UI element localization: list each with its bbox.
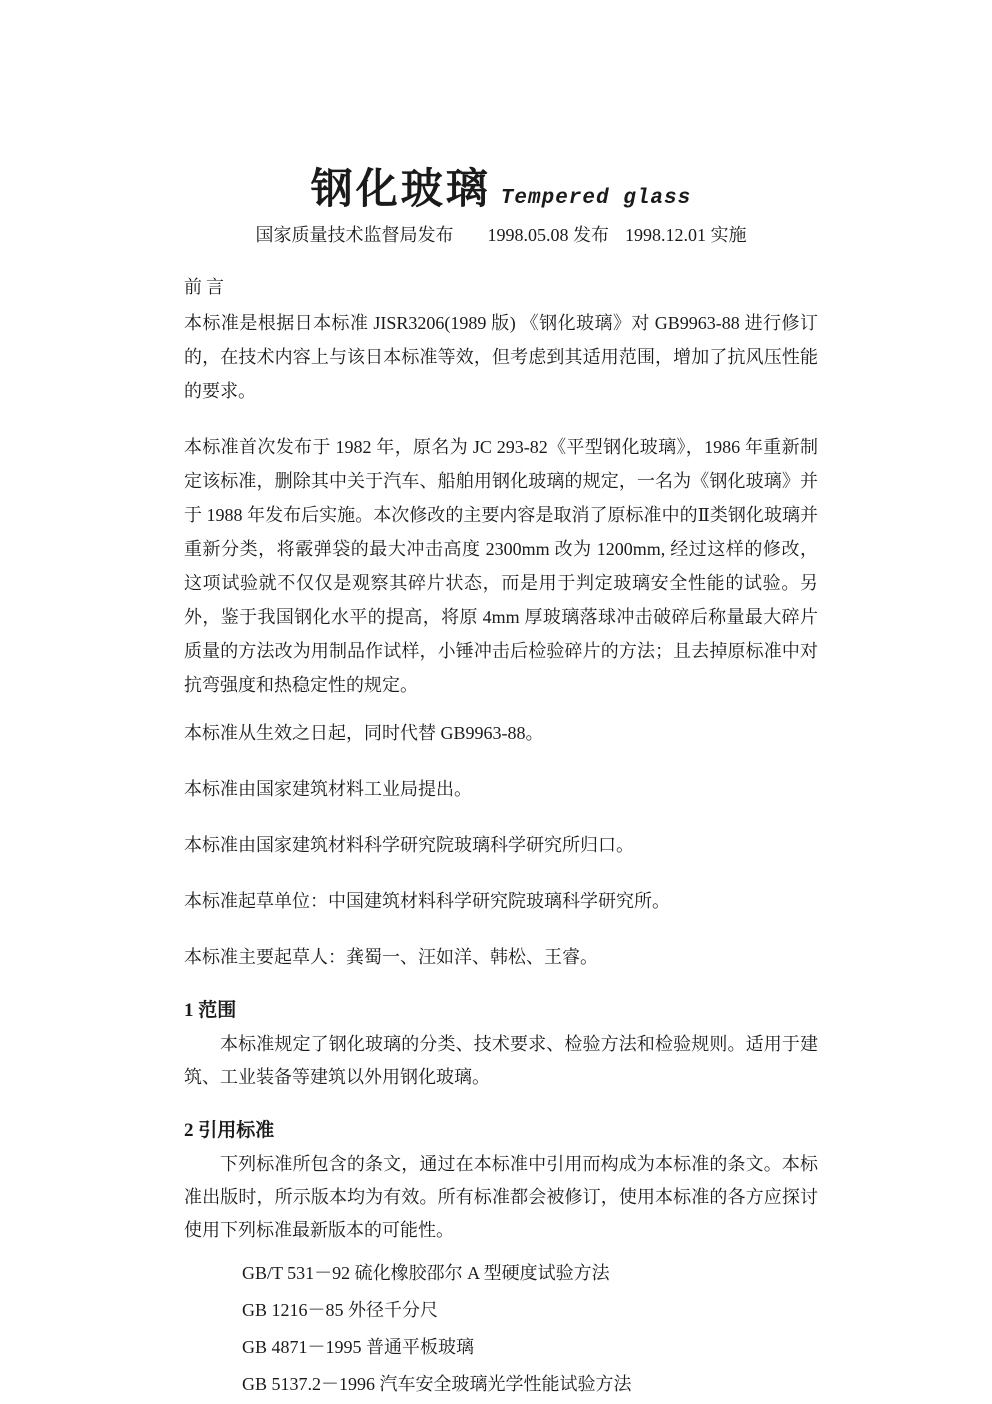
reference-item: GB/T 531－92 硫化橡胶邵尔 A 型硬度试验方法 (242, 1255, 818, 1292)
reference-item: GB 5137.2－1996 汽车安全玻璃光学性能试验方法 (242, 1366, 818, 1403)
scope-section: 1 范围 本标准规定了钢化玻璃的分类、技术要求、检验方法和检验规则。适用于建筑、… (184, 996, 818, 1094)
foreword-statement: 本标准主要起草人：龚蜀一、汪如洋、韩松、王睿。 (184, 940, 818, 974)
reference-item: GB 1216－85 外径千分尺 (242, 1292, 818, 1329)
foreword-statement: 本标准起草单位：中国建筑材料科学研究院玻璃科学研究所。 (184, 884, 818, 918)
foreword-statement: 本标准由国家建筑材料工业局提出。 (184, 772, 818, 806)
foreword-heading: 前言 (184, 272, 818, 302)
document-header: 钢化玻璃Tempered glass 国家质量技术监督局发布1998.05.08… (184, 164, 818, 248)
publisher-name: 国家质量技术监督局发布 (256, 225, 454, 245)
foreword-section: 前言 本标准是根据日本标准 JISR3206(1989 版) 《钢化玻璃》对 G… (184, 272, 818, 974)
foreword-paragraph: 本标准首次发布于 1982 年，原名为 JC 293-82《平型钢化玻璃》，19… (184, 430, 818, 702)
foreword-paragraph: 本标准是根据日本标准 JISR3206(1989 版) 《钢化玻璃》对 GB99… (184, 306, 818, 408)
section-heading-scope: 1 范围 (184, 996, 818, 1026)
reference-list: GB/T 531－92 硫化橡胶邵尔 A 型硬度试验方法 GB 1216－85 … (184, 1255, 818, 1403)
references-body: 下列标准所包含的条文，通过在本标准中引用而构成为本标准的条文。本标准出版时，所示… (184, 1148, 818, 1247)
scope-body: 本标准规定了钢化玻璃的分类、技术要求、检验方法和检验规则。适用于建筑、工业装备等… (184, 1028, 818, 1094)
references-section: 2 引用标准 下列标准所包含的条文，通过在本标准中引用而构成为本标准的条文。本标… (184, 1116, 818, 1403)
publisher-line: 国家质量技术监督局发布1998.05.08 发布1998.12.01 实施 (184, 222, 818, 248)
reference-item: GB 4871－1995 普通平板玻璃 (242, 1329, 818, 1366)
page-title: 钢化玻璃 (311, 167, 491, 213)
foreword-statement: 本标准由国家建筑材料科学研究院玻璃科学研究所归口。 (184, 828, 818, 862)
section-heading-references: 2 引用标准 (184, 1116, 818, 1146)
issue-date: 1998.05.08 发布 (488, 225, 610, 245)
document-page: 钢化玻璃Tempered glass 国家质量技术监督局发布1998.05.08… (0, 0, 992, 1404)
implementation-date: 1998.12.01 实施 (625, 225, 747, 245)
page-content: 钢化玻璃Tempered glass 国家质量技术监督局发布1998.05.08… (184, 0, 818, 1403)
page-title-english: Tempered glass (501, 187, 691, 210)
foreword-statement: 本标准从生效之日起，同时代替 GB9963-88。 (184, 716, 818, 750)
